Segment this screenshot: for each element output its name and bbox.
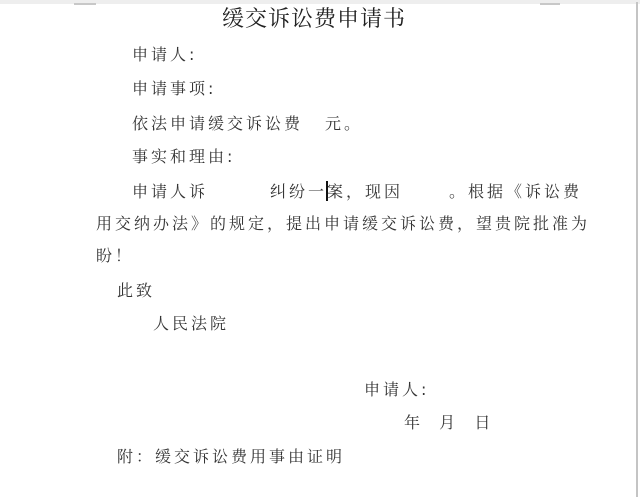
request-text: 依法申请缓交诉讼费 (132, 114, 303, 133)
court-name: 人民法院 (153, 314, 229, 334)
date-line: 年 月 日 (404, 413, 493, 433)
currency-unit: 元。 (325, 114, 363, 133)
attachment-note: 附：缓交诉讼费用事由证明 (117, 447, 345, 467)
body-text-applicant-sues: 申请人诉 (132, 182, 208, 201)
body-text-according: 。根据《诉讼费 (449, 182, 582, 201)
signature-applicant-label: 申请人: (364, 380, 429, 400)
body-line-1: 申请人诉纠纷一案，现因。根据《诉讼费 (132, 181, 582, 202)
document-page[interactable]: 缓交诉讼费申请书 申请人: 申请事项: 依法申请缓交诉讼费元。 事实和理由: 申… (0, 0, 636, 497)
document-title: 缓交诉讼费申请书 (222, 6, 406, 34)
body-line-2: 用交纳办法》的规定，提出申请缓交诉讼费，望贵院批准为 (96, 214, 590, 234)
body-text-dispute: 纠纷一 (270, 182, 327, 201)
applicant-label: 申请人: (132, 45, 197, 65)
salutation: 此致 (117, 281, 155, 301)
facts-label: 事实和理由: (132, 147, 235, 167)
page-right-edge[interactable] (636, 2, 638, 497)
request-matters-label: 申请事项: (132, 79, 216, 99)
body-line-3: 盼！ (96, 246, 134, 266)
body-text-case-now-due: 案，现因 (327, 182, 403, 201)
request-amount-line: 依法申请缓交诉讼费元。 (132, 114, 363, 134)
